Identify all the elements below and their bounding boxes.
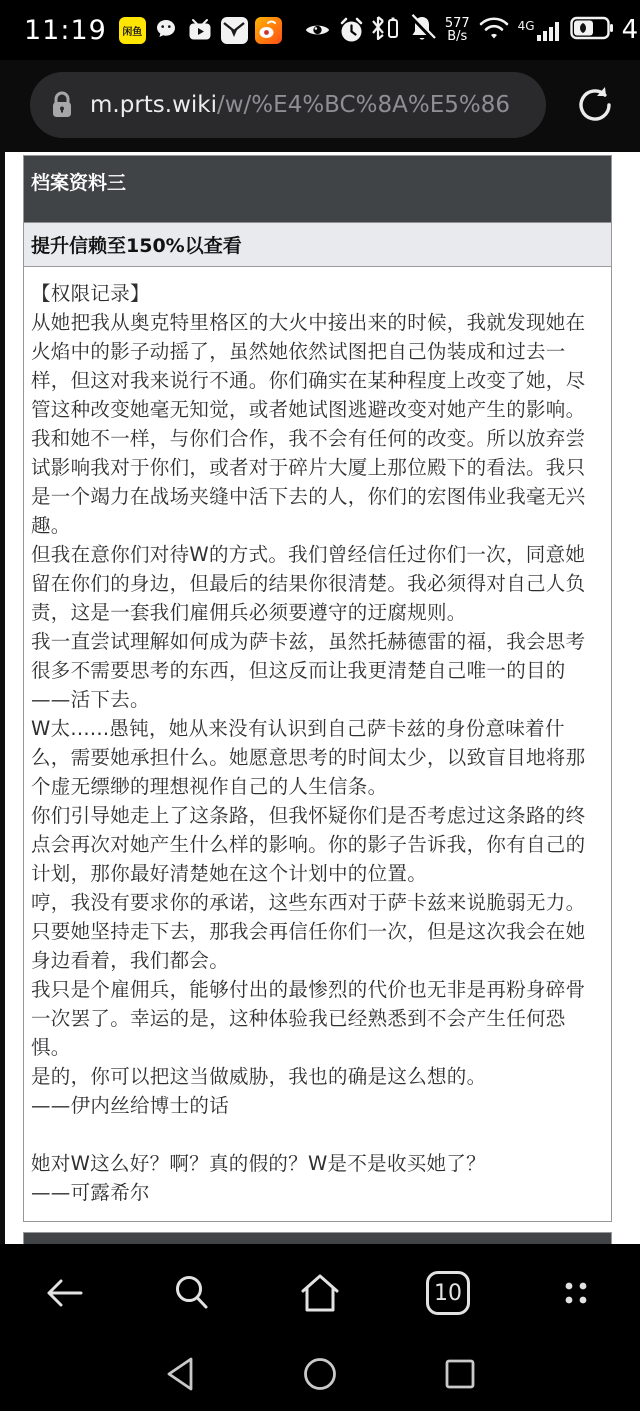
eye-protection-icon bbox=[304, 17, 331, 44]
android-navigation-bar bbox=[0, 1336, 640, 1411]
browser-home-button[interactable] bbox=[256, 1252, 384, 1334]
network-speed-indicator: 577 B/s bbox=[445, 17, 470, 43]
page-url: m.prts.wiki/w/%E4%BC%8A%E5%86 bbox=[90, 92, 510, 118]
url-path: /w/%E4%BC%8A%E5%86 bbox=[217, 92, 510, 118]
archive-tables: 档案资料三 提升信赖至150%以查看 【权限记录】 从她把我从奥克特里格区的大火… bbox=[23, 155, 612, 1244]
browser-toolbar: 10 bbox=[0, 1252, 640, 1334]
phone-screen: 11:19 闲鱼 bbox=[0, 0, 640, 1411]
battery-percentage: 45% bbox=[622, 15, 640, 45]
weibo-app-icon bbox=[255, 17, 282, 44]
notification-icons: 闲鱼 bbox=[119, 17, 365, 44]
alarm-clock-icon bbox=[338, 17, 365, 44]
muted-bell-icon bbox=[407, 13, 437, 47]
archive-section-3-text: 【权限记录】 从她把我从奥克特里格区的大火中接出来的时候，我就发现她在火焰中的影… bbox=[24, 266, 611, 1221]
mail-app-icon bbox=[221, 17, 248, 44]
xianyu-app-icon: 闲鱼 bbox=[119, 17, 146, 44]
archive-section-4: 档案资料四 提升信赖至200%以查看 bbox=[23, 1232, 612, 1244]
browser-menu-button[interactable] bbox=[512, 1252, 640, 1334]
archive-section-3: 档案资料三 提升信赖至150%以查看 【权限记录】 从她把我从奥克特里格区的大火… bbox=[23, 155, 612, 1222]
clock-time: 11:19 bbox=[24, 15, 107, 46]
wifi-icon bbox=[478, 14, 510, 46]
android-recents-button[interactable] bbox=[440, 1354, 480, 1394]
webpage-viewport[interactable]: 档案资料三 提升信赖至150%以查看 【权限记录】 从她把我从奥克特里格区的大火… bbox=[0, 152, 640, 1244]
cellular-signal-icon: 4G bbox=[518, 17, 562, 43]
lock-icon bbox=[50, 90, 74, 120]
address-bar[interactable]: m.prts.wiki/w/%E4%BC%8A%E5%86 bbox=[30, 72, 546, 138]
android-back-button[interactable] bbox=[160, 1354, 200, 1394]
browser-back-button[interactable] bbox=[0, 1252, 128, 1334]
browser-tabs-button[interactable]: 10 bbox=[384, 1252, 512, 1334]
bluetooth-battery-icon bbox=[365, 13, 399, 47]
page-left-dark-edge bbox=[0, 152, 5, 1244]
browser-address-area: m.prts.wiki/w/%E4%BC%8A%E5%86 bbox=[0, 60, 640, 152]
wechat-app-icon bbox=[153, 17, 180, 44]
browser-search-button[interactable] bbox=[128, 1252, 256, 1334]
url-domain: m.prts.wiki bbox=[90, 92, 217, 118]
tab-count: 10 bbox=[434, 1281, 462, 1306]
archive-section-3-title: 档案资料三 bbox=[24, 156, 611, 222]
battery-saver-icon bbox=[570, 15, 614, 45]
archive-section-3-trust-note: 提升信赖至150%以查看 bbox=[24, 222, 611, 266]
network-speed-unit: B/s bbox=[447, 30, 467, 43]
archive-section-4-title: 档案资料四 bbox=[24, 1233, 611, 1244]
network-type-label: 4G bbox=[518, 19, 535, 33]
bottom-chrome: 10 bbox=[0, 1244, 640, 1411]
status-indicators: 577 B/s 4G 45% bbox=[365, 13, 640, 47]
status-bar: 11:19 闲鱼 bbox=[0, 0, 640, 60]
tv-app-icon bbox=[187, 17, 214, 44]
reload-button[interactable] bbox=[564, 74, 626, 136]
android-home-button[interactable] bbox=[300, 1354, 340, 1394]
